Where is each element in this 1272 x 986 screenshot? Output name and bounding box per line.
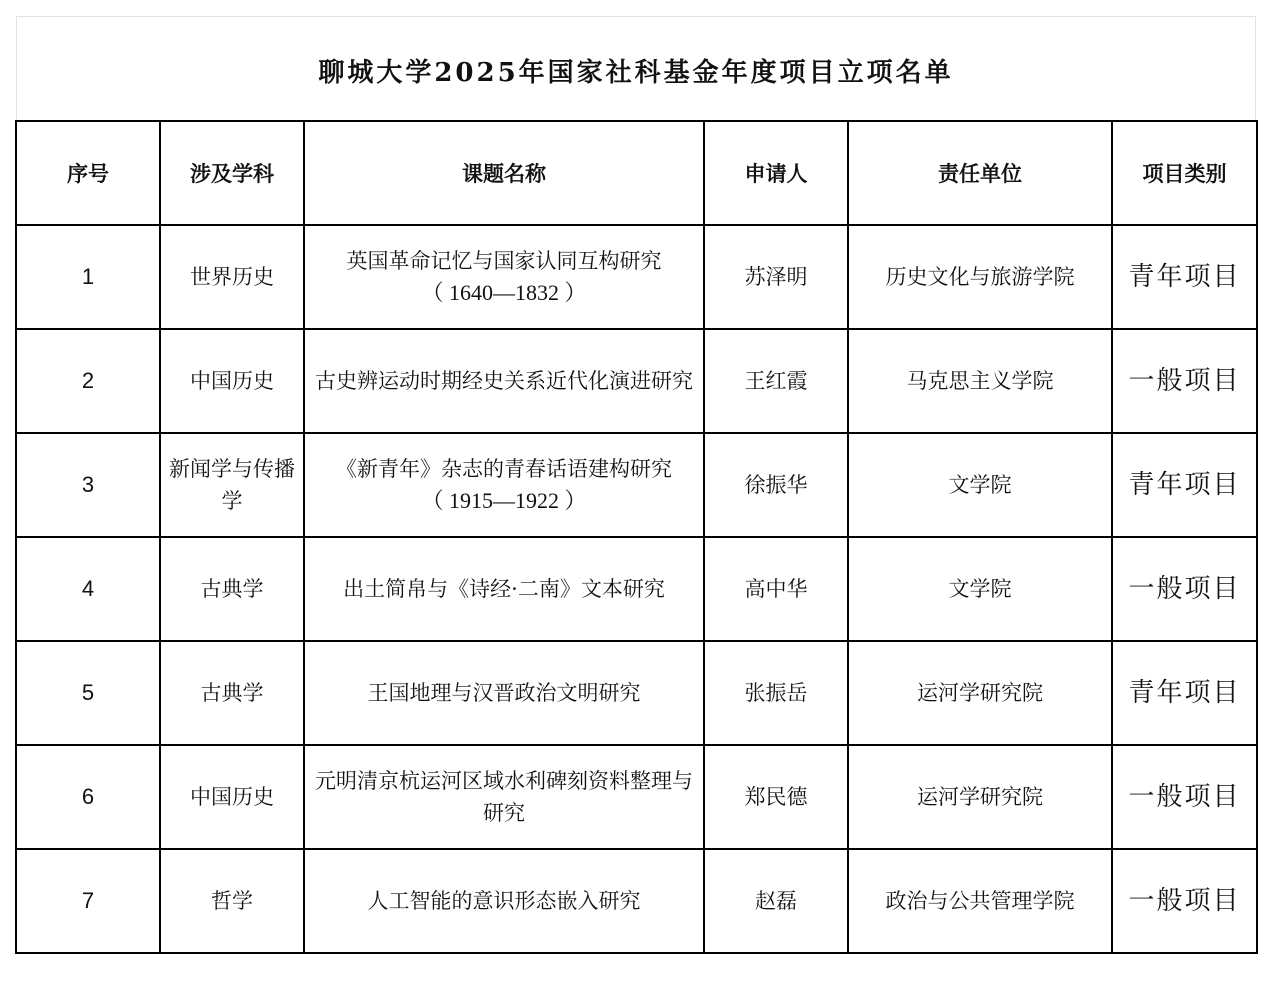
table-header-row: 序号 涉及学科 课题名称 申请人 责任单位 项目类别	[16, 121, 1257, 225]
table-row: 5 古典学 王国地理与汉晋政治文明研究 张振岳 运河学研究院 青年项目	[16, 641, 1257, 745]
cell-unit: 文学院	[848, 537, 1112, 641]
project-list-sheet: 聊城大学2025年国家社科基金年度项目立项名单 序号 涉及学科 课题名称 申请人…	[16, 16, 1256, 954]
header-category: 项目类别	[1112, 121, 1257, 225]
topic-subtext: （ 1640—1832 ）	[311, 277, 697, 309]
cell-unit: 文学院	[848, 433, 1112, 537]
cell-subject: 古典学	[160, 641, 304, 745]
cell-subject: 中国历史	[160, 745, 304, 849]
cell-no: 2	[16, 329, 160, 433]
cell-category: 青年项目	[1112, 433, 1257, 537]
cell-topic: 人工智能的意识形态嵌入研究	[304, 849, 704, 953]
topic-subtext: （ 1915—1922 ）	[311, 485, 697, 517]
table-row: 3 新闻学与传播学 《新青年》杂志的青春话语建构研究（ 1915—1922 ） …	[16, 433, 1257, 537]
cell-no: 7	[16, 849, 160, 953]
table-row: 4 古典学 出土简帛与《诗经·二南》文本研究 高中华 文学院 一般项目	[16, 537, 1257, 641]
cell-unit: 政治与公共管理学院	[848, 849, 1112, 953]
cell-no: 3	[16, 433, 160, 537]
cell-applicant: 王红霞	[704, 329, 848, 433]
cell-subject: 世界历史	[160, 225, 304, 329]
header-no: 序号	[16, 121, 160, 225]
header-applicant: 申请人	[704, 121, 848, 225]
cell-unit: 运河学研究院	[848, 641, 1112, 745]
cell-topic: 英国革命记忆与国家认同互构研究（ 1640—1832 ）	[304, 225, 704, 329]
table-row: 6 中国历史 元明清京杭运河区域水利碑刻资料整理与研究 郑民德 运河学研究院 一…	[16, 745, 1257, 849]
cell-applicant: 赵磊	[704, 849, 848, 953]
table-row: 2 中国历史 古史辨运动时期经史关系近代化演进研究 王红霞 马克思主义学院 一般…	[16, 329, 1257, 433]
table-row: 7 哲学 人工智能的意识形态嵌入研究 赵磊 政治与公共管理学院 一般项目	[16, 849, 1257, 953]
topic-text: 英国革命记忆与国家认同互构研究	[347, 249, 662, 273]
cell-unit: 历史文化与旅游学院	[848, 225, 1112, 329]
cell-applicant: 高中华	[704, 537, 848, 641]
cell-category: 青年项目	[1112, 641, 1257, 745]
cell-topic: 出土简帛与《诗经·二南》文本研究	[304, 537, 704, 641]
header-subject: 涉及学科	[160, 121, 304, 225]
cell-category: 一般项目	[1112, 849, 1257, 953]
project-table: 序号 涉及学科 课题名称 申请人 责任单位 项目类别 1 世界历史 英国革命记忆…	[15, 120, 1258, 954]
header-topic: 课题名称	[304, 121, 704, 225]
header-unit: 责任单位	[848, 121, 1112, 225]
cell-applicant: 张振岳	[704, 641, 848, 745]
cell-applicant: 郑民德	[704, 745, 848, 849]
cell-category: 一般项目	[1112, 745, 1257, 849]
table-row: 1 世界历史 英国革命记忆与国家认同互构研究（ 1640—1832 ） 苏泽明 …	[16, 225, 1257, 329]
topic-text: 《新青年》杂志的青春话语建构研究	[336, 457, 672, 481]
cell-no: 6	[16, 745, 160, 849]
cell-topic: 古史辨运动时期经史关系近代化演进研究	[304, 329, 704, 433]
cell-subject: 新闻学与传播学	[160, 433, 304, 537]
cell-category: 一般项目	[1112, 537, 1257, 641]
cell-unit: 马克思主义学院	[848, 329, 1112, 433]
cell-subject: 中国历史	[160, 329, 304, 433]
cell-category: 青年项目	[1112, 225, 1257, 329]
cell-unit: 运河学研究院	[848, 745, 1112, 849]
cell-topic: 元明清京杭运河区域水利碑刻资料整理与研究	[304, 745, 704, 849]
cell-subject: 哲学	[160, 849, 304, 953]
page-title: 聊城大学2025年国家社科基金年度项目立项名单	[16, 16, 1256, 120]
cell-applicant: 苏泽明	[704, 225, 848, 329]
cell-topic: 王国地理与汉晋政治文明研究	[304, 641, 704, 745]
cell-topic: 《新青年》杂志的青春话语建构研究（ 1915—1922 ）	[304, 433, 704, 537]
cell-no: 5	[16, 641, 160, 745]
cell-no: 4	[16, 537, 160, 641]
cell-category: 一般项目	[1112, 329, 1257, 433]
cell-no: 1	[16, 225, 160, 329]
cell-subject: 古典学	[160, 537, 304, 641]
cell-applicant: 徐振华	[704, 433, 848, 537]
